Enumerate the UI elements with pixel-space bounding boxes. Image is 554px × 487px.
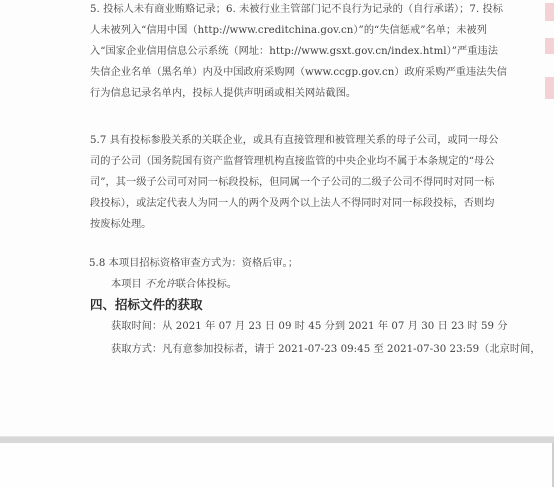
qualification-review-line: 5.8 本项目招标资格审查方式为：资格后审。； bbox=[89, 257, 298, 271]
joint-bid-option: 不允许 bbox=[145, 279, 176, 290]
acquire-time-line: 获取时间：从 2021 年 07 月 23 日 09 时 45 分到 2021 … bbox=[111, 320, 508, 334]
acquire-method-line: 获取方式：凡有意参加投标者，请于 2021-07-23 09:45 至 2021… bbox=[111, 343, 541, 357]
joint-bid-prefix: 本项目 bbox=[111, 279, 142, 290]
paragraph-line: 司”，其一级子公司可对同一标段投标，但同属一个子公司的二级子公司不得同时对同一标 bbox=[90, 176, 495, 190]
next-document-page bbox=[0, 443, 554, 487]
joint-bid-line: 本项目 不允许联合体投标。 bbox=[111, 278, 237, 292]
document-page: 5. 投标人未有商业贿赂记录；6. 未被行业主管部门记不良行为记录的（自行承诺）… bbox=[0, 0, 554, 438]
paragraph-line: 段投标），或法定代表人为同一人的两个及两个以上法人不得同时对同一标段投标，否则均 bbox=[90, 197, 494, 211]
section-heading: 四、招标文件的获取 bbox=[90, 297, 203, 313]
seal-stamp-fragment bbox=[545, 38, 554, 54]
paragraph-line: 按废标处理。 bbox=[90, 218, 151, 232]
paragraph-line: 5. 投标人未有商业贿赂记录；6. 未被行业主管部门记不良行为记录的（自行承诺）… bbox=[90, 3, 503, 17]
paragraph-line: 行为信息记录名单内，投标人提供声明函或相关网站截图。 bbox=[90, 87, 356, 101]
joint-bid-suffix: 联合体投标。 bbox=[176, 279, 237, 290]
paragraph-line: 入“国家企业信用信息公示系统（网址：http://www.gsxt.gov.cn… bbox=[90, 45, 498, 59]
paragraph-line: 人未被列入“信用中国（http://www.creditchina.gov.cn… bbox=[90, 24, 487, 38]
seal-stamp-fragment bbox=[545, 77, 554, 99]
paragraph-line: 司的子公司（国务院国有资产监督管理机构直接监管的中央企业均不属于本条规定的“母公 bbox=[90, 155, 495, 169]
paragraph-line: 5.7 具有投标参股关系的关联企业，或具有直接管理和被管理关系的母子公司，或同一… bbox=[90, 134, 499, 148]
paragraph-line: 失信企业名单（黑名单）内及中国政府采购网（www.ccgp.gov.cn）政府采… bbox=[90, 66, 507, 80]
seal-stamp-fragment bbox=[545, 3, 554, 21]
